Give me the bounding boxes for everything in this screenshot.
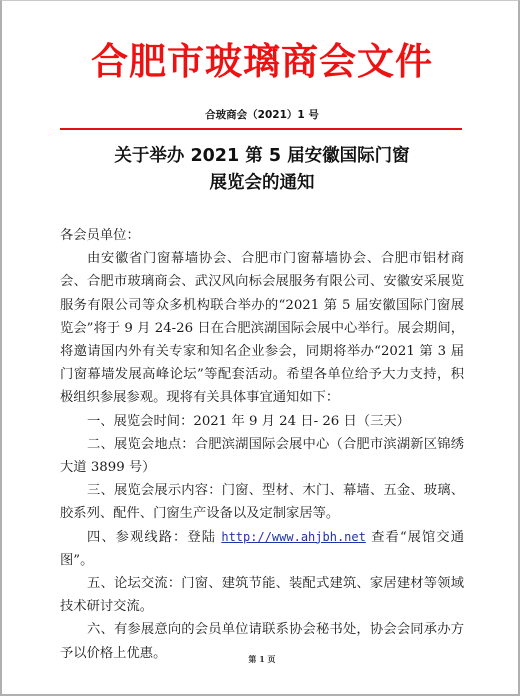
salutation: 各会员单位：: [60, 224, 464, 247]
red-divider-rule: [60, 128, 462, 130]
item-exhibition-time: 一、展览会时间：2021 年 9 月 24 日- 26 日（三天）: [60, 410, 464, 433]
item-exhibition-content: 三、展览会展示内容：门窗、型材、木门、幕墙、五金、玻璃、胶系列、配件、门窗生产设…: [60, 479, 464, 525]
document-masthead: 合肥市玻璃商会文件: [2, 37, 520, 85]
document-number: 合玻商会（2021）1 号: [2, 107, 520, 122]
notice-title-line-1: 关于举办 2021 第 5 届安徽国际门窗: [2, 143, 520, 170]
notice-title-line-2: 展览会的通知: [2, 170, 520, 197]
notice-title: 关于举办 2021 第 5 届安徽国际门窗 展览会的通知: [2, 143, 520, 197]
notice-body: 各会员单位： 由安徽省门窗幕墙协会、合肥市门窗幕墙协会、合肥市铝材商会、合肥市玻…: [60, 224, 464, 665]
website-link[interactable]: http://www.ahjbh.net: [221, 530, 366, 544]
item-forum-exchange: 五、论坛交流：门窗、建筑节能、装配式建筑、家居建材等领域技术研讨交流。: [60, 572, 464, 618]
page-number: 第 1 页: [2, 654, 520, 665]
intro-paragraph: 由安徽省门窗幕墙协会、合肥市门窗幕墙协会、合肥市铝材商会、合肥市玻璃商会、武汉风…: [60, 247, 464, 409]
visit-route-prefix: 四、参观线路：登陆: [87, 530, 221, 545]
item-visit-route: 四、参观线路：登陆 http://www.ahjbh.net 查看“展馆交通图”…: [60, 526, 464, 572]
item-exhibition-venue: 二、展览会地点：合肥滨湖国际会展中心（合肥市滨湖新区锦绣大道 3899 号）: [60, 433, 464, 479]
document-page: 合肥市玻璃商会文件 合玻商会（2021）1 号 关于举办 2021 第 5 届安…: [0, 0, 520, 696]
